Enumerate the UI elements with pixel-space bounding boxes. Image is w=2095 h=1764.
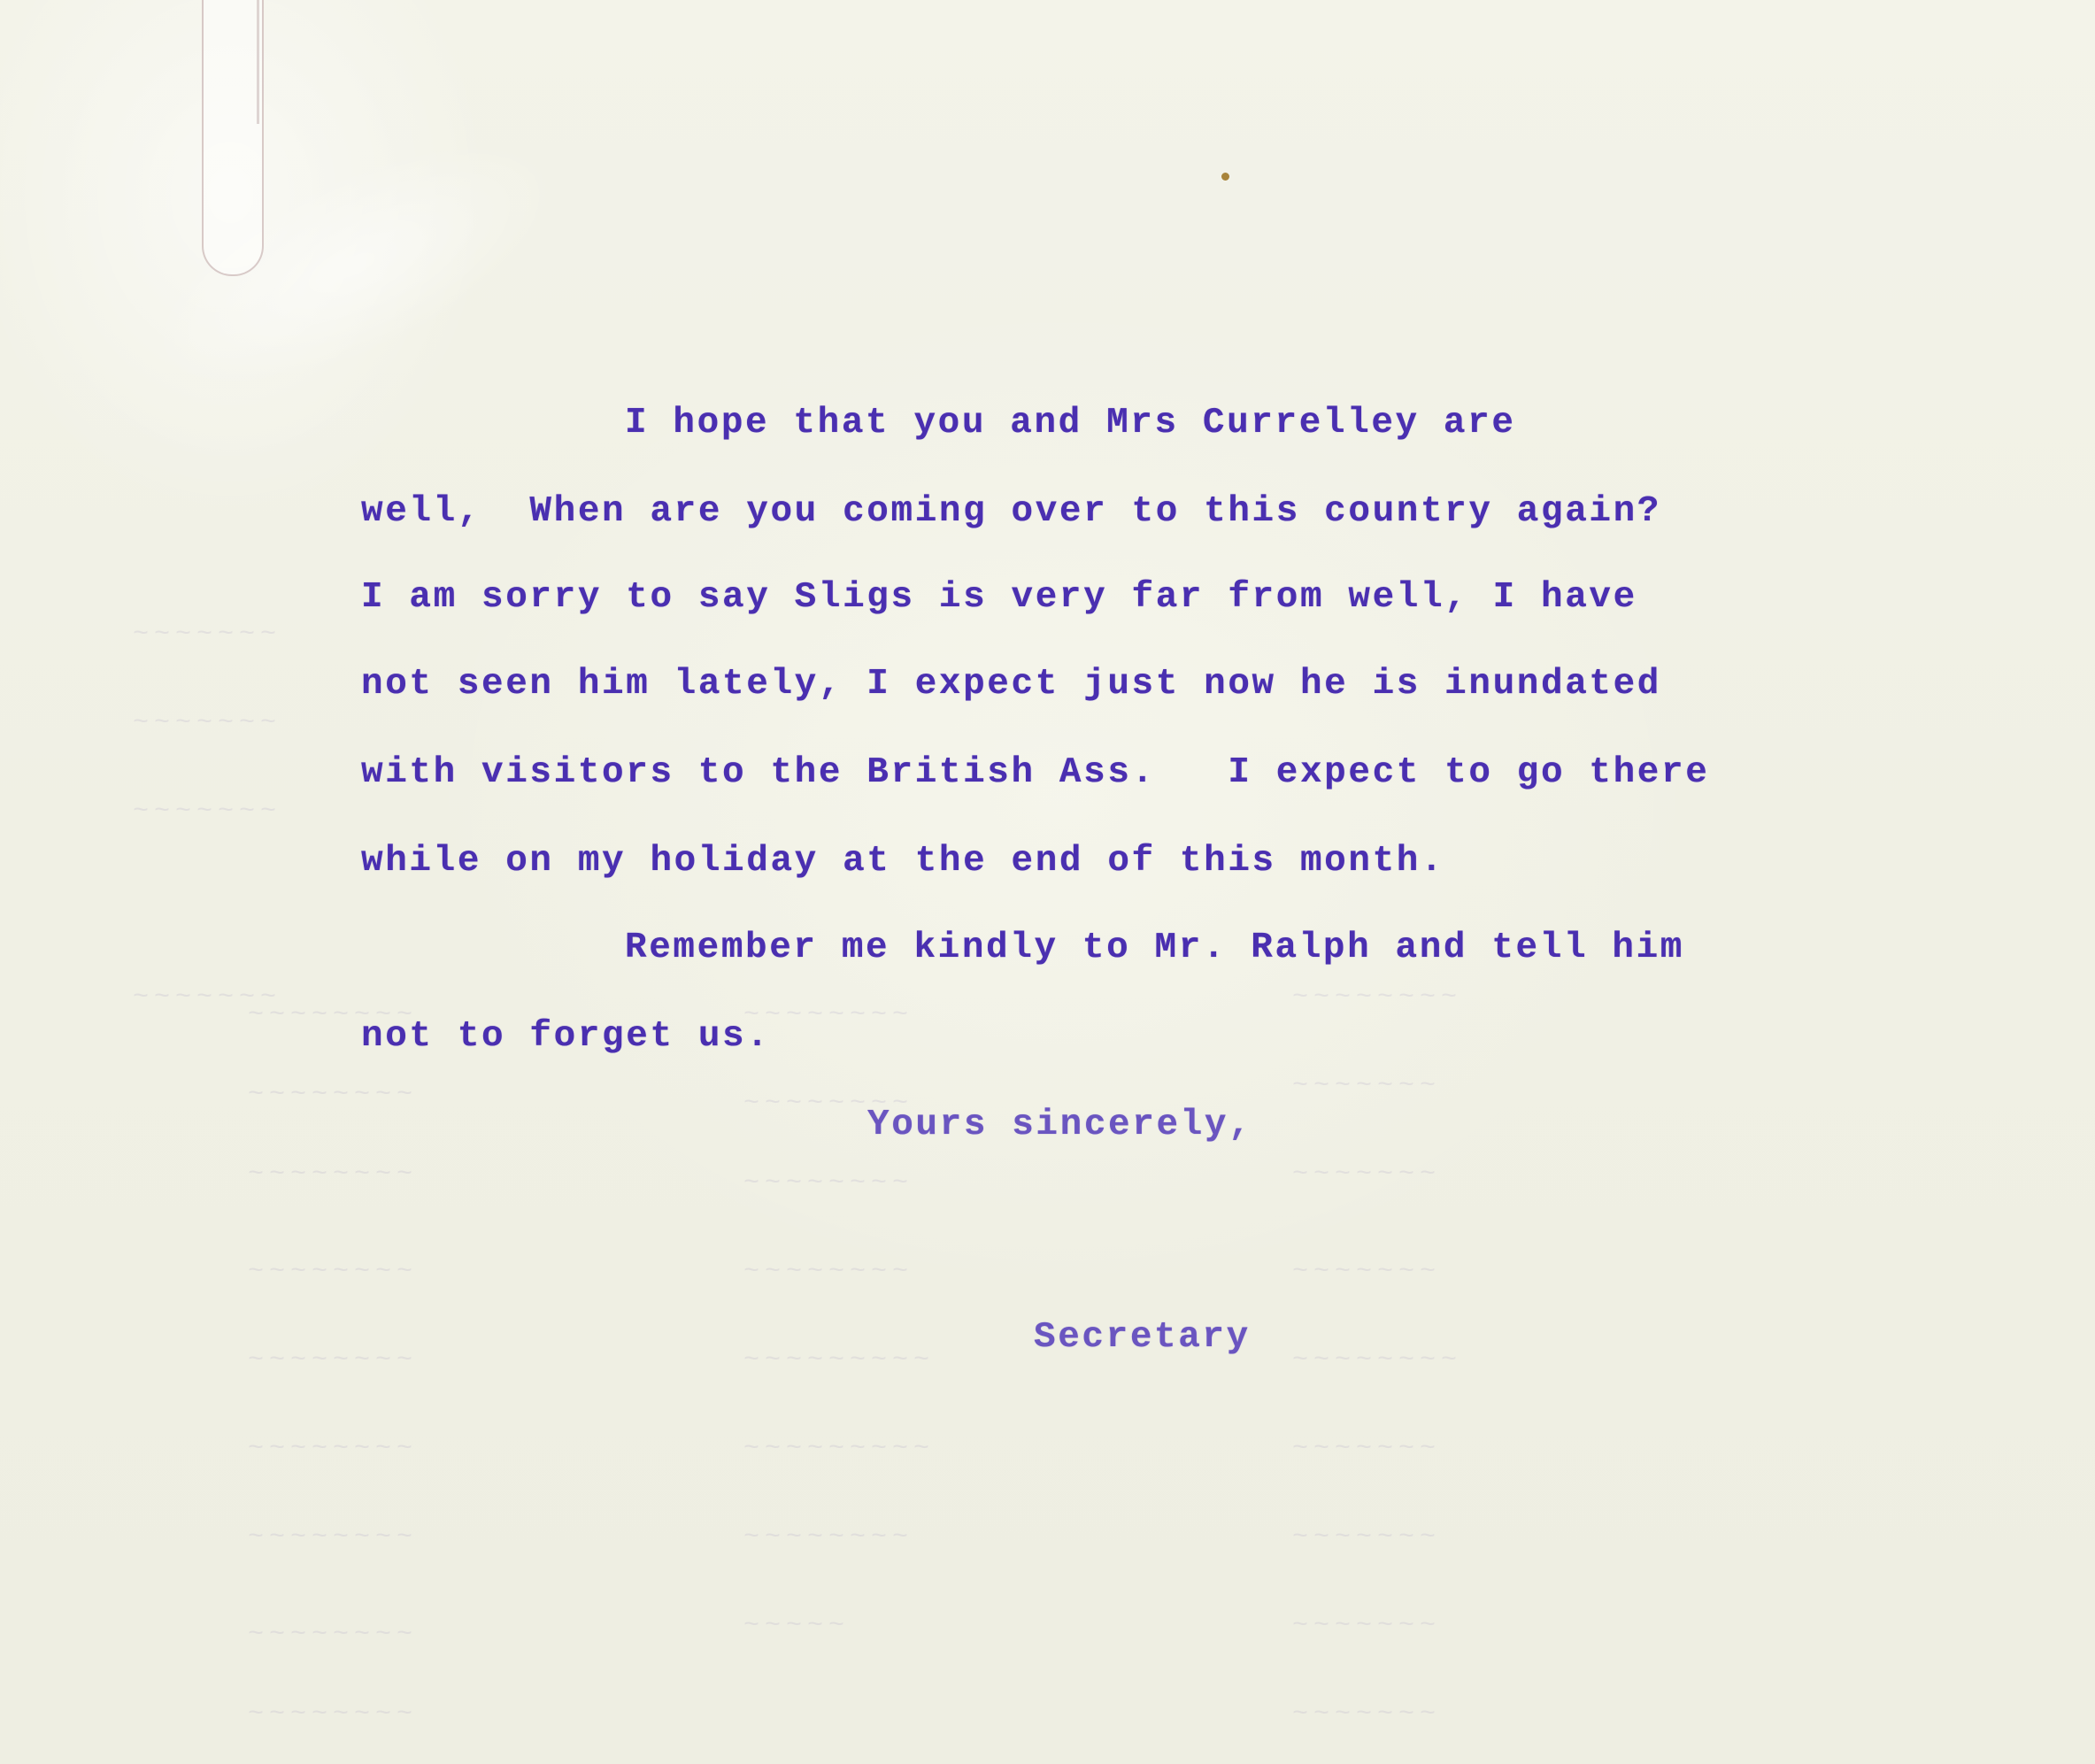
letter-body-line: I hope that you and Mrs Currelley are xyxy=(625,403,1516,443)
show-through-mark: ~~~~~~~ xyxy=(1292,1611,1441,1641)
show-through-mark: ~~~~~~~ xyxy=(1292,1257,1441,1287)
letter-closing: Yours sincerely, xyxy=(867,1105,1252,1145)
show-through-mark: ~~~~~~~ xyxy=(1292,1159,1441,1190)
show-through-mark: ~~~~~~~~ xyxy=(248,1080,418,1110)
show-through-mark: ~~~~~~~~ xyxy=(1292,982,1462,1013)
show-through-mark: ~~~~~~~~ xyxy=(248,1699,418,1729)
show-through-mark: ~~~~~~~~ xyxy=(248,1345,418,1375)
show-through-mark: ~~~~~~~~~ xyxy=(743,1345,935,1375)
letter-body-line: while on my holiday at the end of this m… xyxy=(361,841,1444,882)
paperclip-impression xyxy=(202,0,264,276)
paper-crease xyxy=(116,92,592,440)
show-through-mark: ~~~~~~~~ xyxy=(248,1159,418,1190)
show-through-mark: ~~~~~~~ xyxy=(133,708,281,738)
show-through-mark: ~~~~~~~~ xyxy=(743,1168,913,1198)
show-through-mark: ~~~~~~~~ xyxy=(1292,1345,1462,1375)
letter-page: ~~~~~~~ ~~~~~~~ ~~~~~~~ ~~~~~~~ ~~~~~~~~… xyxy=(0,0,2095,1764)
signature-title: Secretary xyxy=(1034,1317,1251,1358)
show-through-mark: ~~~~~~~ xyxy=(1292,1434,1441,1464)
show-through-mark: ~~~~~~~ xyxy=(1292,1522,1441,1552)
letter-body-line: well, When are you coming over to this c… xyxy=(361,491,1661,532)
ink-spot xyxy=(1221,173,1229,181)
show-through-mark: ~~~~~~~~~ xyxy=(743,1434,935,1464)
show-through-mark: ~~~~~~~ xyxy=(1292,1071,1441,1101)
show-through-mark: ~~~~~~~~ xyxy=(248,1522,418,1552)
show-through-mark: ~~~~~~~~ xyxy=(248,1620,418,1650)
paperclip-mark xyxy=(257,0,259,124)
show-through-mark: ~~~~~~~~ xyxy=(743,1522,913,1552)
show-through-mark: ~~~~~~~ xyxy=(133,797,281,827)
show-through-mark: ~~~~~~~ xyxy=(1292,1699,1441,1729)
letter-body-line: I am sorry to say Sligs is very far from… xyxy=(361,577,1637,618)
letter-body-line: with visitors to the British Ass. I expe… xyxy=(361,752,1709,793)
show-through-mark: ~~~~~~~~ xyxy=(248,1434,418,1464)
show-through-mark: ~~~~~~~ xyxy=(133,620,281,650)
letter-body-line: Remember me kindly to Mr. Ralph and tell… xyxy=(625,928,1684,968)
show-through-mark: ~~~~~ xyxy=(743,1611,850,1641)
letter-body-line: not seen him lately, I expect just now h… xyxy=(361,664,1661,705)
show-through-mark: ~~~~~~~~ xyxy=(248,1257,418,1287)
show-through-mark: ~~~~~~~~ xyxy=(743,1257,913,1287)
letter-body-line: not to forget us. xyxy=(361,1016,770,1057)
